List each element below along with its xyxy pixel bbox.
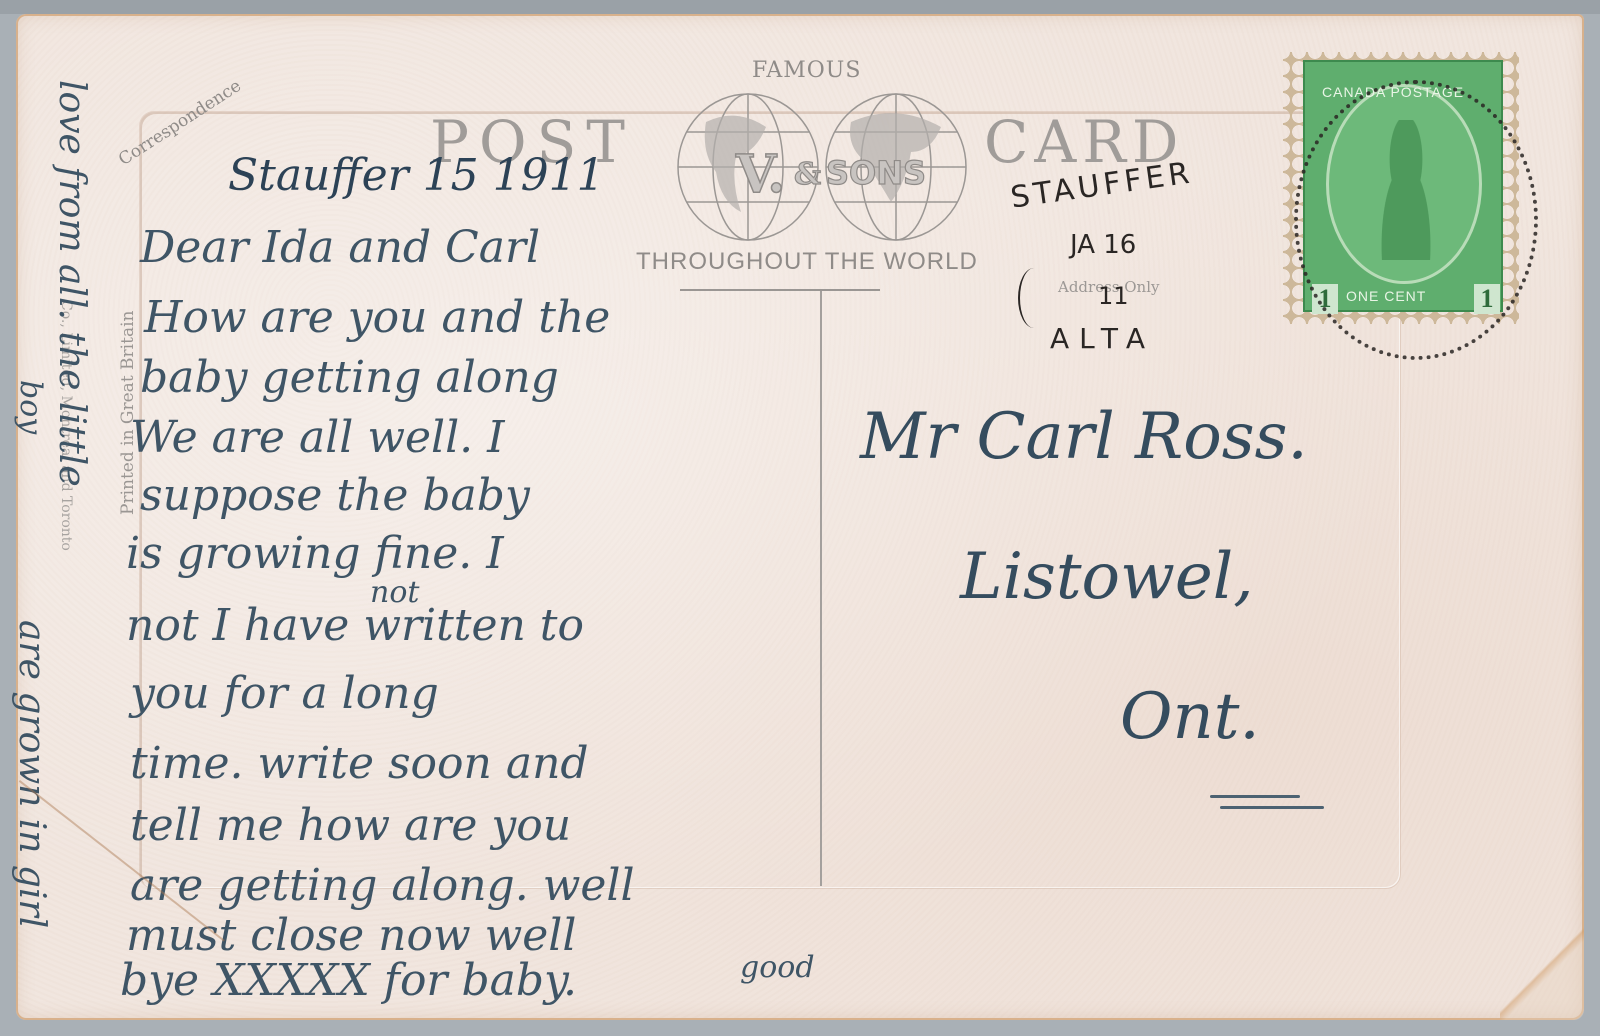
printed-tagline: THROUGHOUT THE WORLD (636, 248, 978, 276)
message-line: bye XXXXX for baby. (120, 955, 577, 1006)
divider-horizontal (680, 289, 880, 291)
svg-text:&: & (794, 157, 821, 192)
underline (1210, 795, 1300, 798)
message-line: time. write soon and (130, 738, 589, 789)
margin-note: are grown in girl (11, 620, 52, 928)
globes-logo-icon: V. & SONS (676, 92, 968, 242)
svg-text:SONS: SONS (826, 154, 926, 192)
address-city: Listowel, (960, 540, 1254, 614)
postmark-arc (1018, 268, 1050, 328)
message-line: How are you and the (144, 292, 610, 343)
postmark-province: ALTA (1050, 322, 1155, 355)
postmark-year: 11 (1098, 282, 1129, 310)
message-line: is growing fine. I (126, 528, 504, 579)
printed-famous: FAMOUS (752, 58, 861, 83)
message-line: not I have written to (126, 600, 584, 651)
corner-wear (1500, 925, 1584, 1020)
margin-note: love from all. the little (51, 80, 92, 487)
message-line: you for a long (130, 668, 439, 719)
address-name: Mr Carl Ross. (860, 400, 1308, 474)
cancellation-ring (1294, 80, 1538, 360)
address-province: Ont. (1120, 680, 1260, 754)
message-line: We are all well. I (130, 412, 505, 463)
underline (1220, 806, 1324, 809)
message-line: tell me how are you (130, 800, 571, 851)
logo-text: V. (735, 144, 785, 205)
message-line: are getting along. well (130, 860, 635, 911)
postmark-date: JA 16 (1070, 230, 1136, 260)
message-line: Dear Ida and Carl (140, 222, 540, 273)
message-line: suppose the baby (140, 470, 530, 521)
message-line: baby getting along (140, 352, 559, 403)
message-heading: Stauffer 15 1911 (228, 150, 605, 201)
margin-note: boy (13, 380, 48, 434)
message-good: good (740, 950, 815, 985)
scan-background (0, 0, 1600, 14)
divider-vertical (820, 291, 822, 886)
